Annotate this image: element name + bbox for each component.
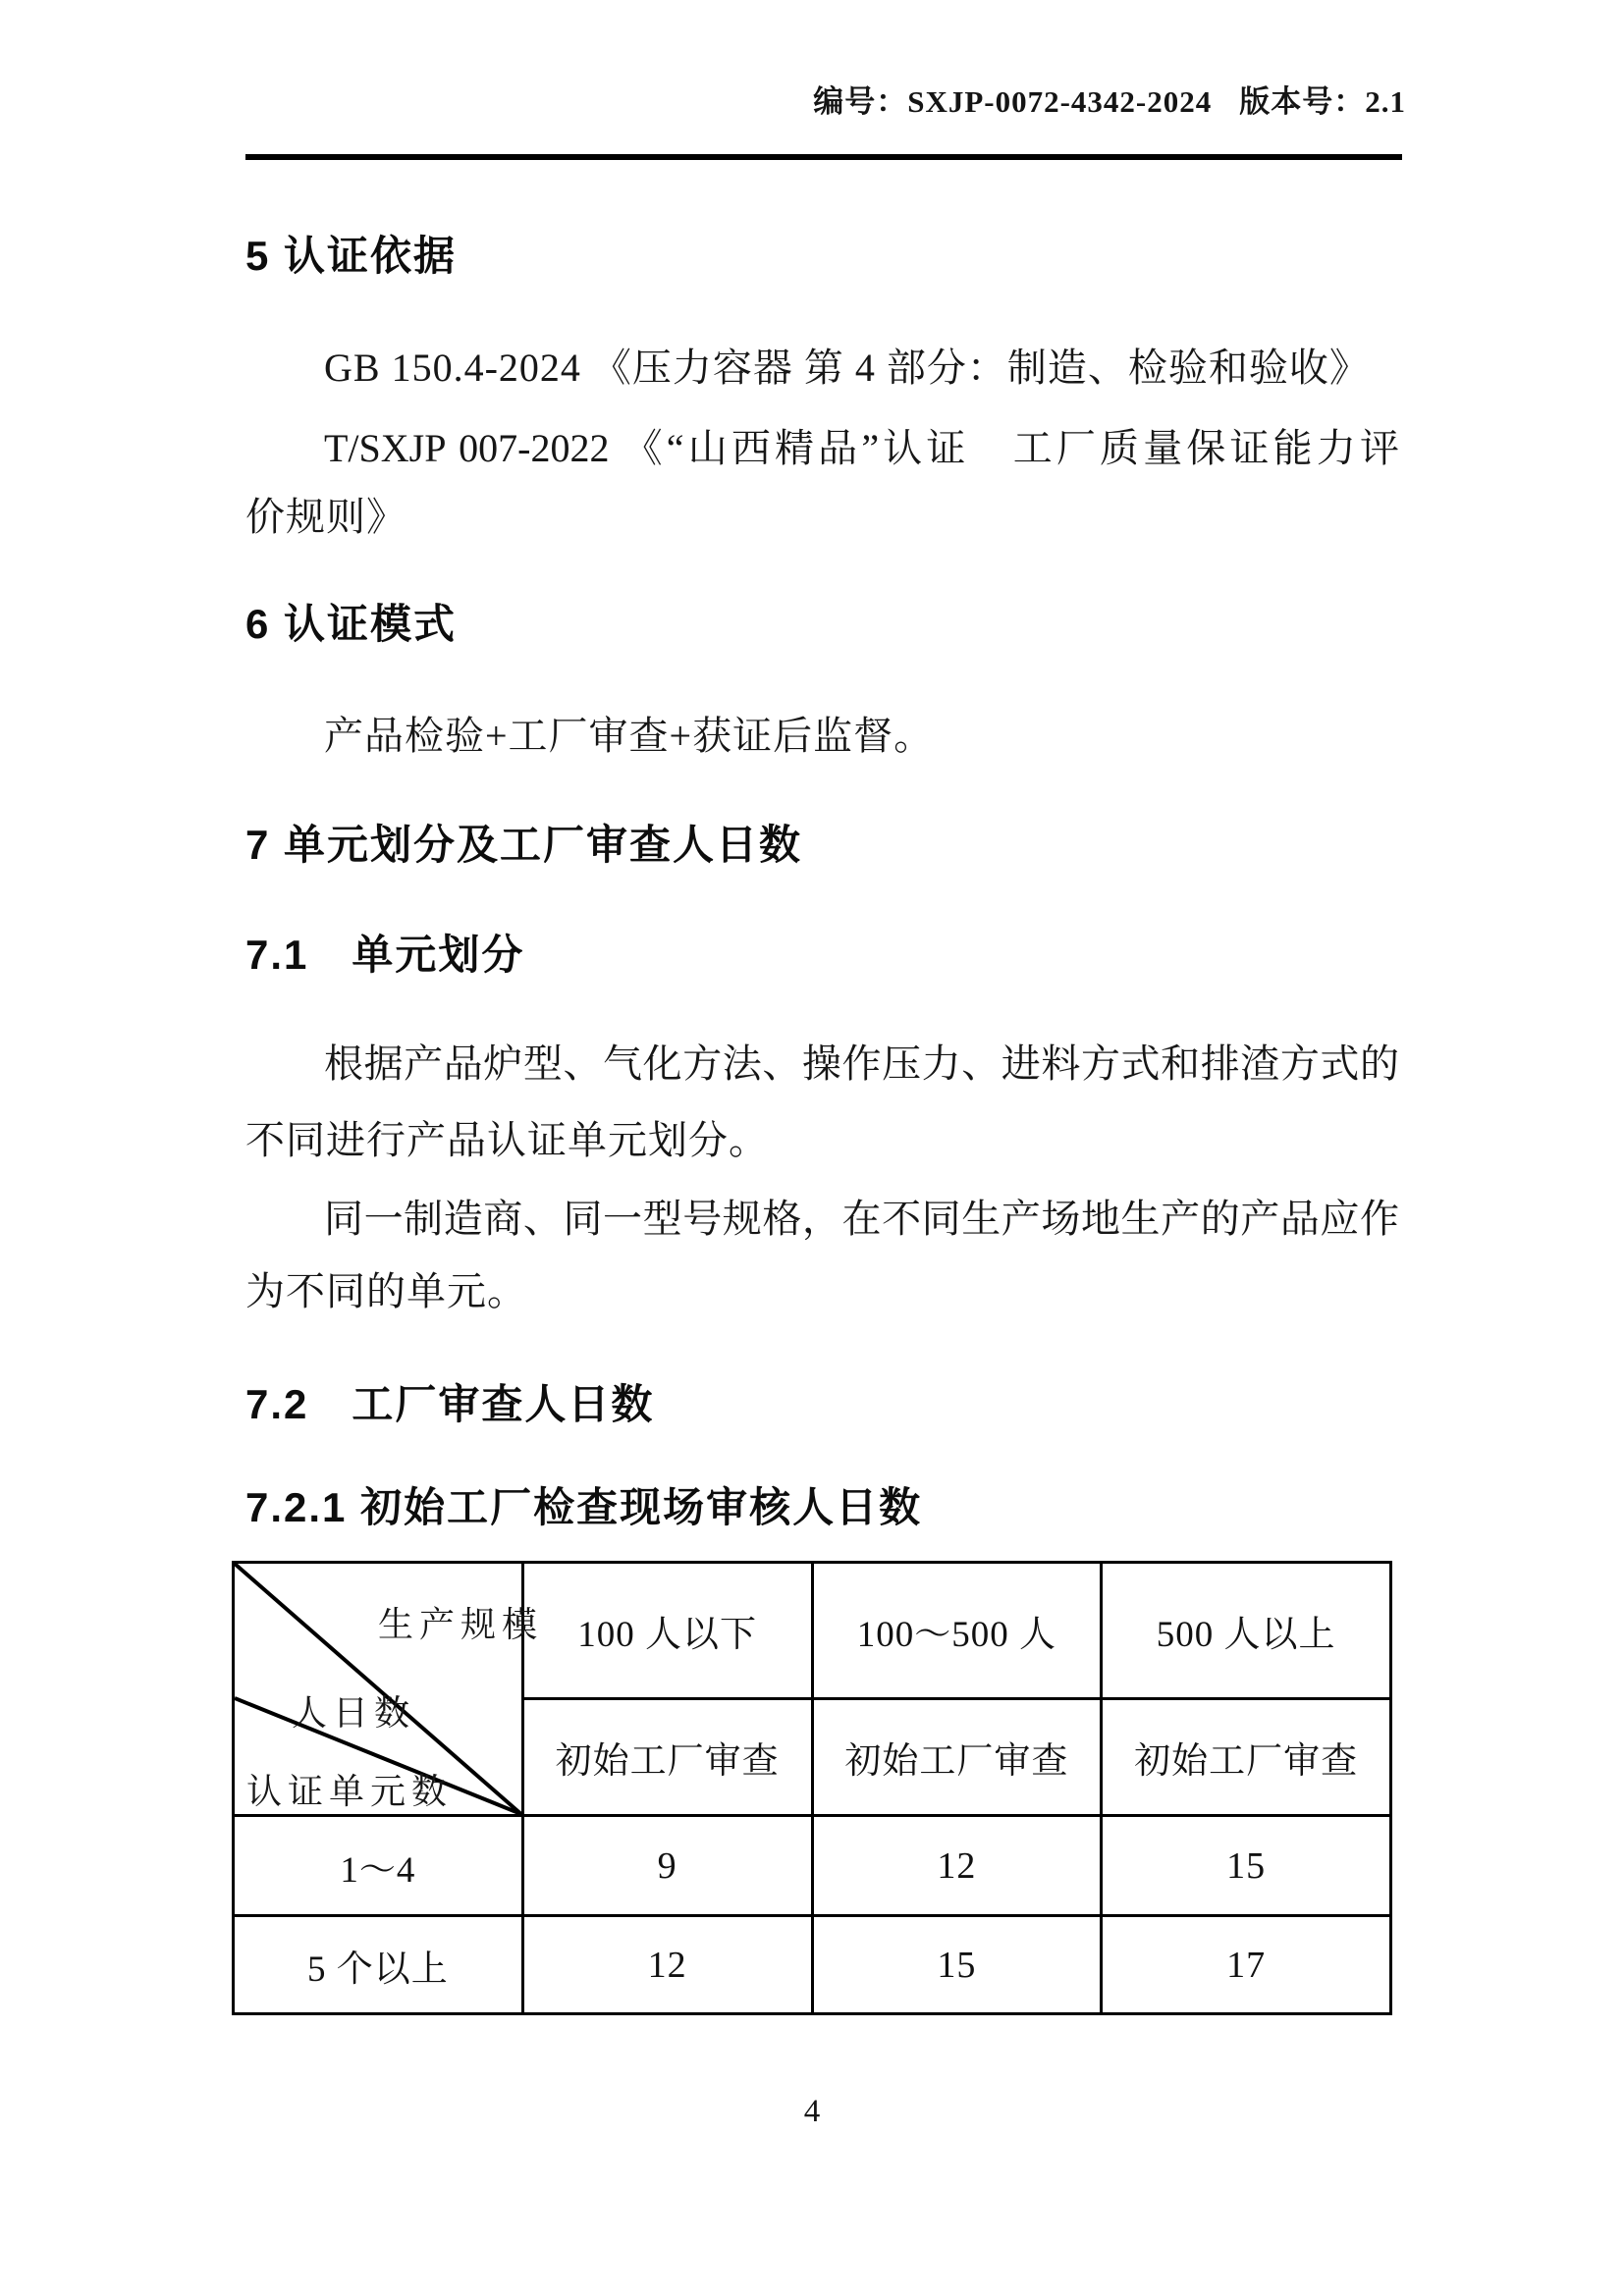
- section-7-2-heading: 7.2 工厂审查人日数: [245, 1372, 654, 1431]
- section-5-heading: 5 认证依据: [245, 224, 457, 283]
- subheader-initial-audit-1: 初始工厂审查: [522, 1698, 812, 1815]
- corner-label-man-days: 人日数: [292, 1685, 415, 1735]
- section-7-2-1-heading: 7.2.1 初始工厂检查现场审核人日数: [245, 1475, 922, 1534]
- table-row-units-1-4: 1～4 9 12 15: [234, 1816, 1391, 1916]
- value-1-4-100-500: 12: [812, 1816, 1102, 1916]
- unit-division-p2-line1: 同一制造商、同一型号规格，在不同生产场地生产的产品应作: [324, 1188, 1399, 1244]
- value-1-4-over-500: 15: [1102, 1816, 1391, 1916]
- unit-division-p2-line2: 为不同的单元。: [245, 1260, 527, 1316]
- corner-label-production-scale: 生产规模: [378, 1597, 543, 1647]
- col-header-over-500: 500 人以上: [1102, 1563, 1391, 1699]
- certification-mode-text: 产品检验+工厂审查+获证后监督。: [324, 705, 934, 761]
- subheader-initial-audit-2: 初始工厂审查: [812, 1698, 1102, 1815]
- doc-version: 版本号：2.1: [1239, 84, 1406, 119]
- reference-sxjp-standard-line2: 价规则》: [245, 486, 406, 542]
- unit-division-p1-line1: 根据产品炉型、气化方法、操作压力、进料方式和排渣方式的: [324, 1033, 1399, 1089]
- row-label-units-1-4: 1～4: [234, 1816, 523, 1916]
- header-rule: [245, 154, 1402, 160]
- reference-gb-standard: GB 150.4-2024 《压力容器 第 4 部分：制造、检验和验收》: [324, 337, 1370, 393]
- section-7-heading: 7 单元划分及工厂审查人日数: [245, 813, 802, 872]
- table-header-row: 生产规模 人日数 认证单元数 100 人以下 100～500 人 500 人以上: [234, 1563, 1391, 1699]
- audit-man-days-table: 生产规模 人日数 认证单元数 100 人以下 100～500 人 500 人以上…: [232, 1561, 1392, 2015]
- value-5plus-over-500: 17: [1102, 1916, 1391, 2014]
- section-6-heading: 6 认证模式: [245, 592, 457, 651]
- col-header-100-500: 100～500 人: [812, 1563, 1102, 1699]
- unit-division-p1-line2: 不同进行产品认证单元划分。: [245, 1109, 769, 1165]
- value-5plus-under-100: 12: [522, 1916, 812, 2014]
- document-page: 编号：SXJP-0072-4342-2024版本号：2.1 5 认证依据 GB …: [0, 0, 1624, 2296]
- subheader-initial-audit-3: 初始工厂审查: [1102, 1698, 1391, 1815]
- value-5plus-100-500: 15: [812, 1916, 1102, 2014]
- doc-number: 编号：SXJP-0072-4342-2024: [813, 84, 1212, 119]
- table-row-units-5-plus: 5 个以上 12 15 17: [234, 1916, 1391, 2014]
- reference-sxjp-standard-line1: T/SXJP 007-2022 《“山西精品”认证 工厂质量保证能力评: [324, 417, 1399, 473]
- table-corner-cell: 生产规模 人日数 认证单元数: [234, 1563, 523, 1816]
- row-label-units-5-plus: 5 个以上: [234, 1916, 523, 2014]
- corner-label-certified-units: 认证单元数: [246, 1764, 453, 1814]
- document-meta-header: 编号：SXJP-0072-4342-2024版本号：2.1: [813, 77, 1406, 121]
- page-number: 4: [0, 2094, 1624, 2130]
- section-7-1-heading: 7.1 单元划分: [245, 923, 524, 982]
- col-header-under-100: 100 人以下: [522, 1563, 812, 1699]
- value-1-4-under-100: 9: [522, 1816, 812, 1916]
